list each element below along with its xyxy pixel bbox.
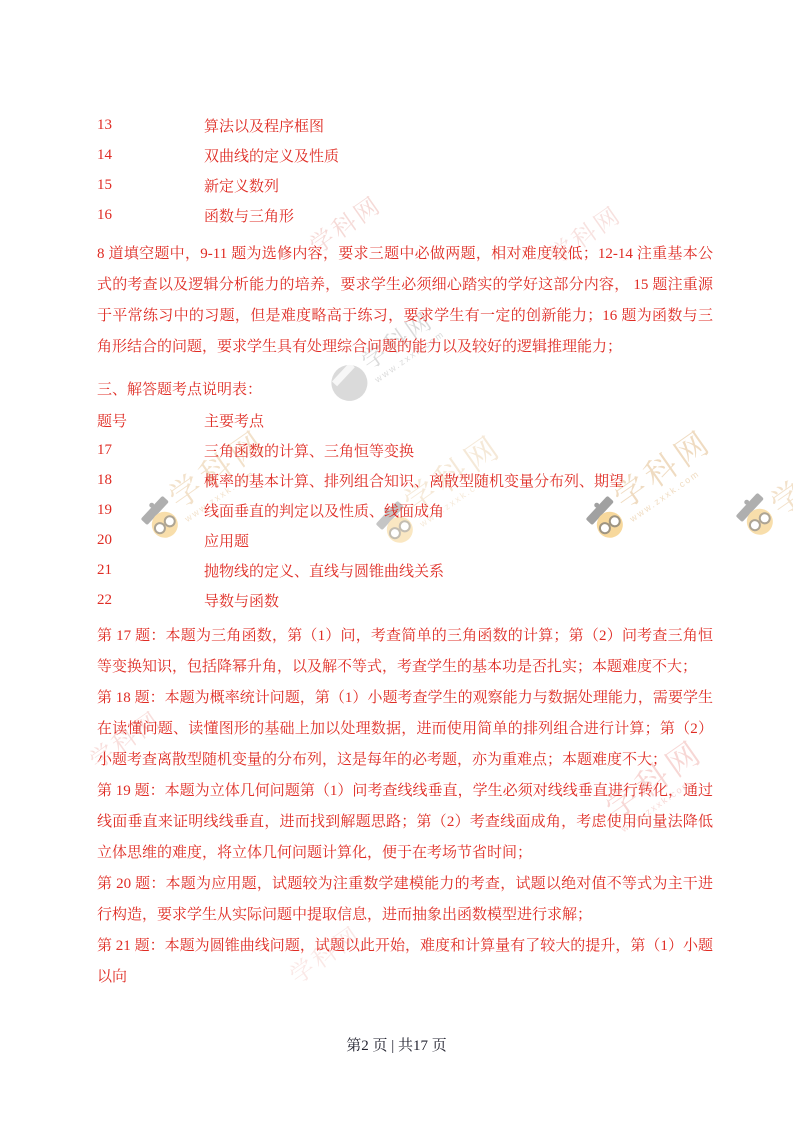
analysis-paragraph-q18: 第 18 题：本题为概率统计问题，第（1）小题考查学生的观察能力与数据处理能力，… [97, 683, 713, 776]
question-topic: 概率的基本计算、排列组合知识、离散型随机变量分布列、期望 [204, 470, 713, 491]
question-topic: 算法以及程序框图 [204, 115, 713, 136]
answer-topic-table: 题号 主要考点 17 三角函数的计算、三角恒等变换 18 概率的基本计算、排列组… [97, 405, 713, 615]
question-analysis-section: 第 17 题：本题为三角函数，第（1）问，考查简单的三角函数的计算；第（2）问考… [97, 621, 713, 993]
brand-watermark-text: 学科网 [765, 431, 793, 521]
column-header-number: 题号 [97, 410, 204, 431]
watermark: 学科网 [755, 505, 793, 541]
page-footer: 第2 页 | 共17 页 [0, 1034, 793, 1055]
question-number: 18 [97, 472, 204, 489]
table-header-row: 题号 主要考点 [97, 405, 713, 435]
question-topic: 抛物线的定义、直线与圆锥曲线关系 [204, 560, 713, 581]
fill-in-topic-table: 13 算法以及程序框图 14 双曲线的定义及性质 15 新定义数列 16 函数与… [97, 110, 713, 230]
question-number: 16 [97, 207, 204, 224]
question-number: 19 [97, 502, 204, 519]
question-number: 13 [97, 117, 204, 134]
page-number-label: 第2 页 | 共17 页 [346, 1038, 447, 1054]
analysis-paragraph-q20: 第 20 题：本题为应用题，试题较为注重数学建模能力的考查，试题以绝对值不等式为… [97, 869, 713, 931]
question-number: 17 [97, 442, 204, 459]
question-number: 14 [97, 147, 204, 164]
table-row: 14 双曲线的定义及性质 [97, 140, 713, 170]
table-row: 17 三角函数的计算、三角恒等变换 [97, 435, 713, 465]
question-number: 21 [97, 562, 204, 579]
document-page: 学科网 学科网 学科网 www.zxxk.com 学科网 www.zxxk.co… [0, 0, 793, 1122]
table-row: 15 新定义数列 [97, 170, 713, 200]
question-number: 20 [97, 532, 204, 549]
question-topic: 新定义数列 [204, 175, 713, 196]
question-topic: 函数与三角形 [204, 205, 713, 226]
section-heading: 三、解答题考点说明表： [97, 375, 713, 405]
table-row: 13 算法以及程序框图 [97, 110, 713, 140]
analysis-paragraph-q21: 第 21 题：本题为圆锥曲线问题，试题以此开始，难度和计算量有了较大的提升，第（… [97, 931, 713, 993]
column-header-topic: 主要考点 [204, 410, 713, 431]
table-row: 21 抛物线的定义、直线与圆锥曲线关系 [97, 555, 713, 585]
analysis-paragraph-q19: 第 19 题：本题为立体几何问题第（1）问考查线线垂直，学生必须对线线垂直进行转… [97, 776, 713, 869]
table-row: 16 函数与三角形 [97, 200, 713, 230]
question-topic: 三角函数的计算、三角恒等变换 [204, 440, 713, 461]
table-row: 22 导数与函数 [97, 585, 713, 615]
analysis-paragraph-q17: 第 17 题：本题为三角函数，第（1）问，考查简单的三角函数的计算；第（2）问考… [97, 621, 713, 683]
page-content: 13 算法以及程序框图 14 双曲线的定义及性质 15 新定义数列 16 函数与… [97, 110, 713, 993]
question-topic: 应用题 [204, 530, 713, 551]
question-number: 15 [97, 177, 204, 194]
question-number: 22 [97, 592, 204, 609]
table-row: 18 概率的基本计算、排列组合知识、离散型随机变量分布列、期望 [97, 465, 713, 495]
table-row: 19 线面垂直的判定以及性质、线面成角 [97, 495, 713, 525]
question-topic: 线面垂直的判定以及性质、线面成角 [204, 500, 713, 521]
owl-mascot-icon [734, 494, 779, 541]
question-topic: 双曲线的定义及性质 [204, 145, 713, 166]
question-topic: 导数与函数 [204, 590, 713, 611]
table-row: 20 应用题 [97, 525, 713, 555]
fill-in-analysis-paragraph: 8 道填空题中，9-11 题为选修内容，要求三题中必做两题，相对难度较低；12-… [97, 239, 713, 363]
